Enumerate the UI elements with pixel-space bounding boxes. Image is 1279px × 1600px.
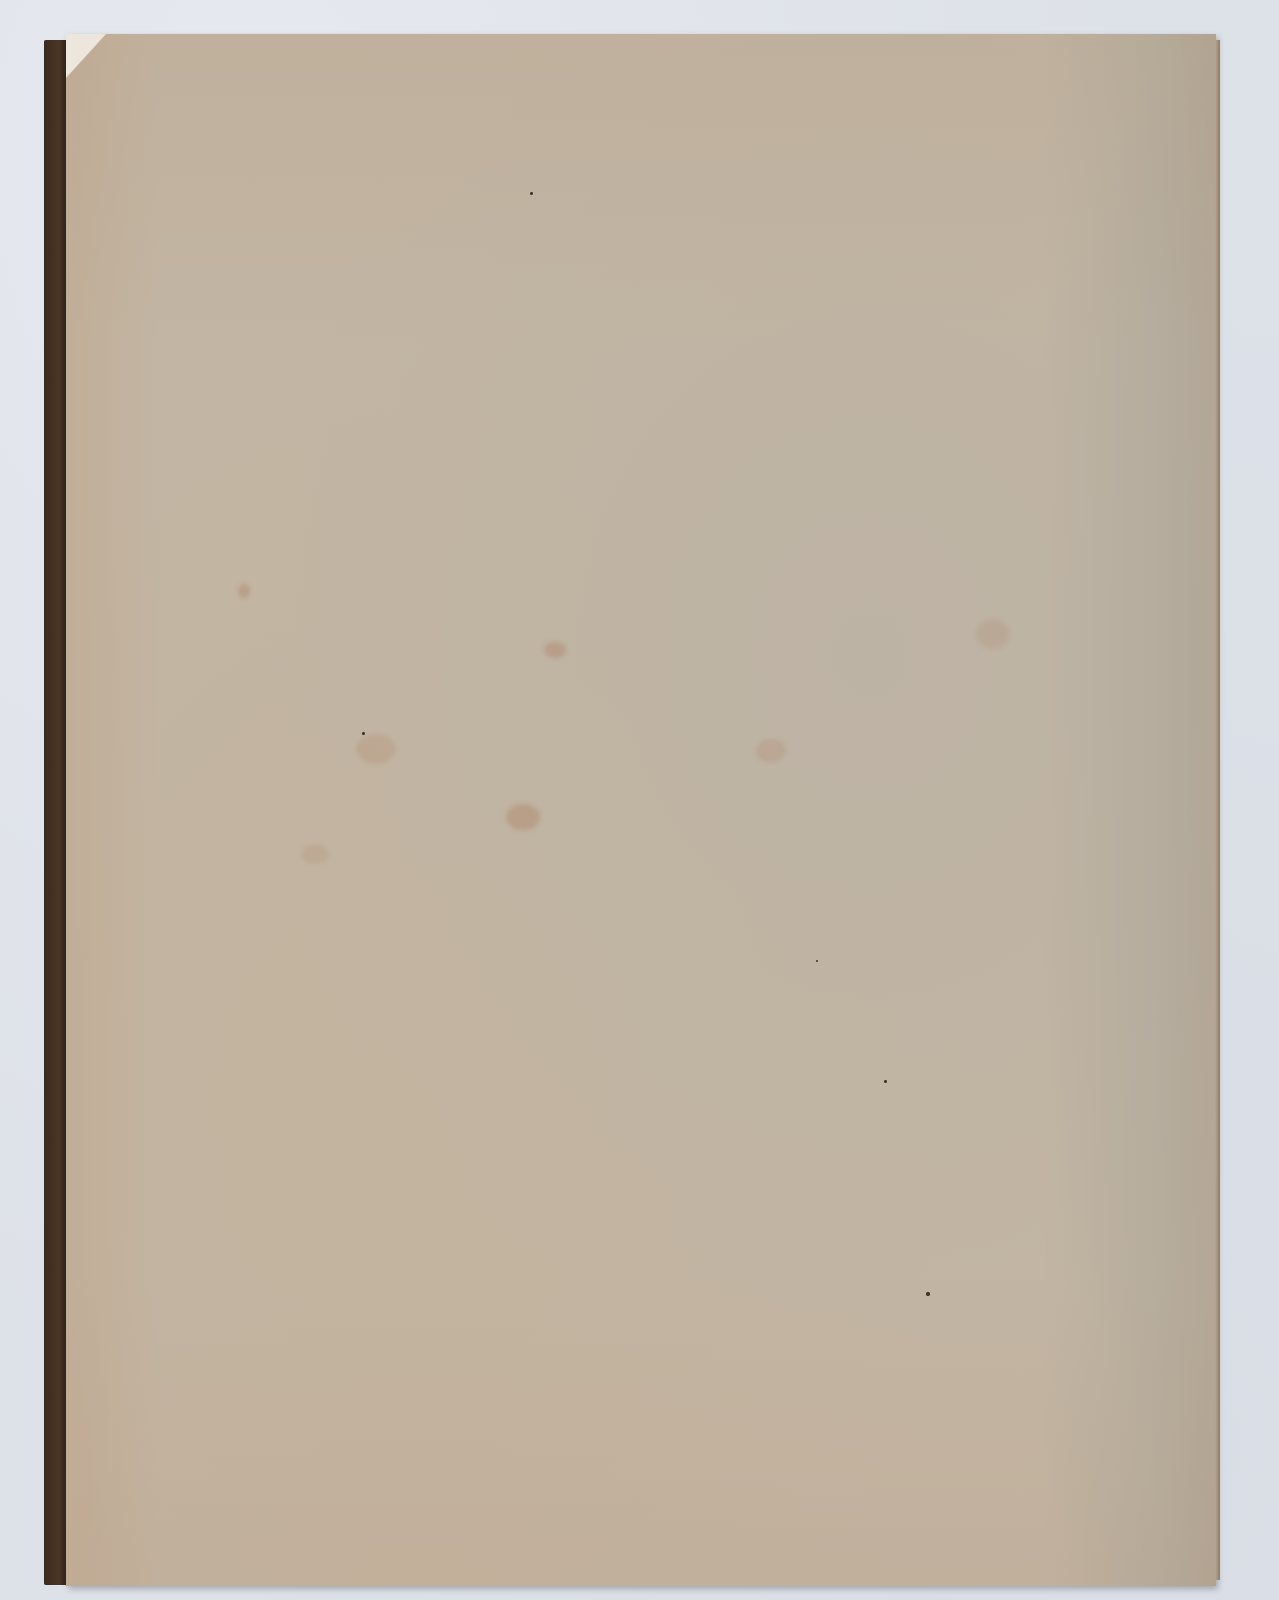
stain-spot [976,619,1010,649]
stain-spot [756,739,786,763]
dot-speck [926,1292,930,1296]
dot-speck [362,732,365,735]
corner-fold [66,34,106,78]
dot-speck [884,1080,887,1083]
spine-shadow [44,40,68,1585]
stain-spot [301,844,329,864]
dot-speck [530,192,533,195]
page-edge [1215,40,1220,1580]
dot-speck [816,960,818,962]
stain-spot [544,642,566,658]
booklet-cover: Blank aged booklet cover [66,34,1216,1586]
stain-spot [238,584,250,598]
stain-spot [356,734,396,764]
stain-spot [506,804,540,830]
